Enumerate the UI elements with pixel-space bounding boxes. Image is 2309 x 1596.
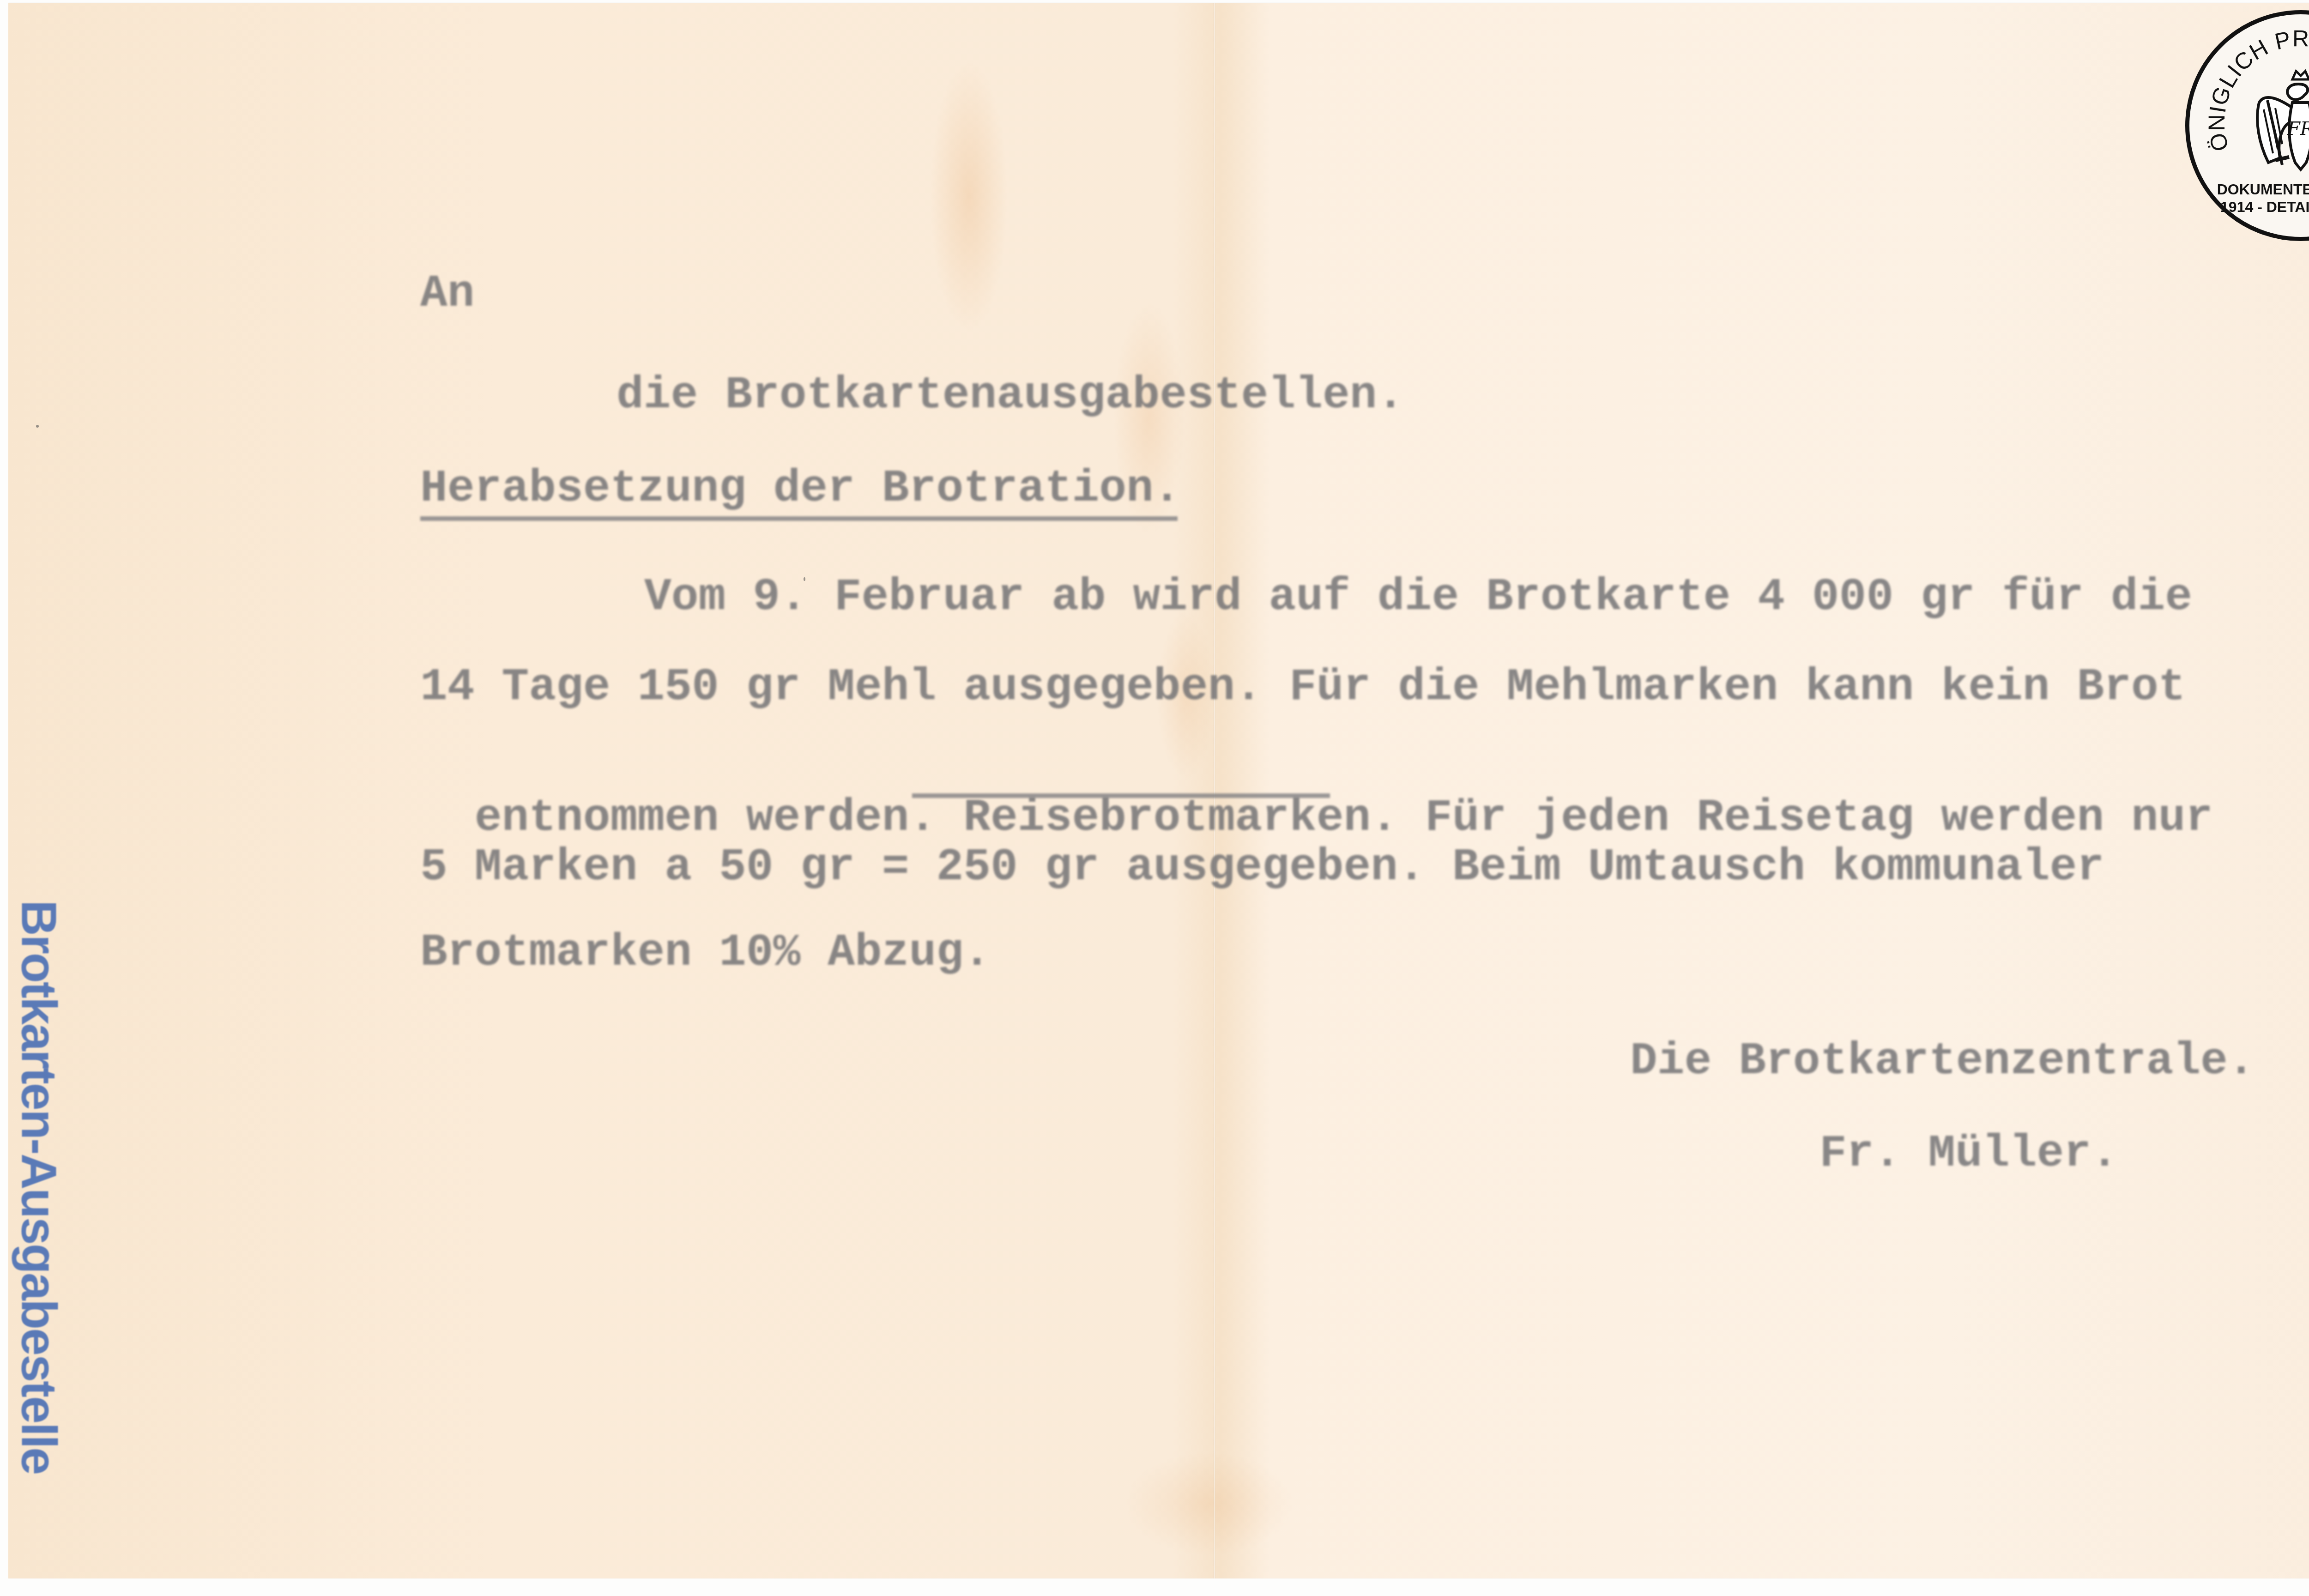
reisebrotmarken-underline [912, 793, 1330, 798]
svg-text:FR: FR [2287, 118, 2309, 139]
reisebrotmarken-term: Reisebrotmarken [963, 792, 1371, 844]
signature-organization: Die Brotkartenzentrale. [1630, 1039, 2255, 1084]
archive-seal: KÖNIGLICH PREUSSISCHES FR DOKUMENTEN-ARC… [2185, 10, 2309, 241]
seal-line-1: DOKUMENTEN-ARCHIV [2185, 182, 2309, 197]
body-line-3-end: . Für jeden Reisetag werden nur [1371, 792, 2212, 844]
distribution-office-stamp: Brotkarten-Ausgabestelle [14, 884, 65, 1489]
body-line-1: Vom 9. Februar ab wird auf die Brotkarte… [644, 575, 2192, 620]
body-line-3-start: entnommen werden. [475, 792, 964, 844]
stamp-text: Brotkarten-Ausgabestelle [11, 900, 68, 1474]
seal-line-2: 1914 - DETAILFRAGEN [2185, 199, 2309, 214]
subject-heading: Herabsetzung der Brotration. [420, 466, 1181, 512]
body-line-2: 14 Tage 150 gr Mehl ausgegeben. Für die … [420, 665, 2186, 710]
subject-underline [420, 516, 1178, 521]
recipient-line: die Brotkartenausgabestellen. [617, 373, 1404, 418]
recipient-prefix: An [420, 272, 475, 317]
body-line-4: 5 Marken a 50 gr = 250 gr ausgegeben. Be… [420, 845, 2104, 890]
signature-name: Fr. Müller. [1819, 1131, 2118, 1177]
paper-speck [36, 425, 39, 428]
body-line-5: Brotmarken 10% Abzug. [420, 931, 991, 976]
